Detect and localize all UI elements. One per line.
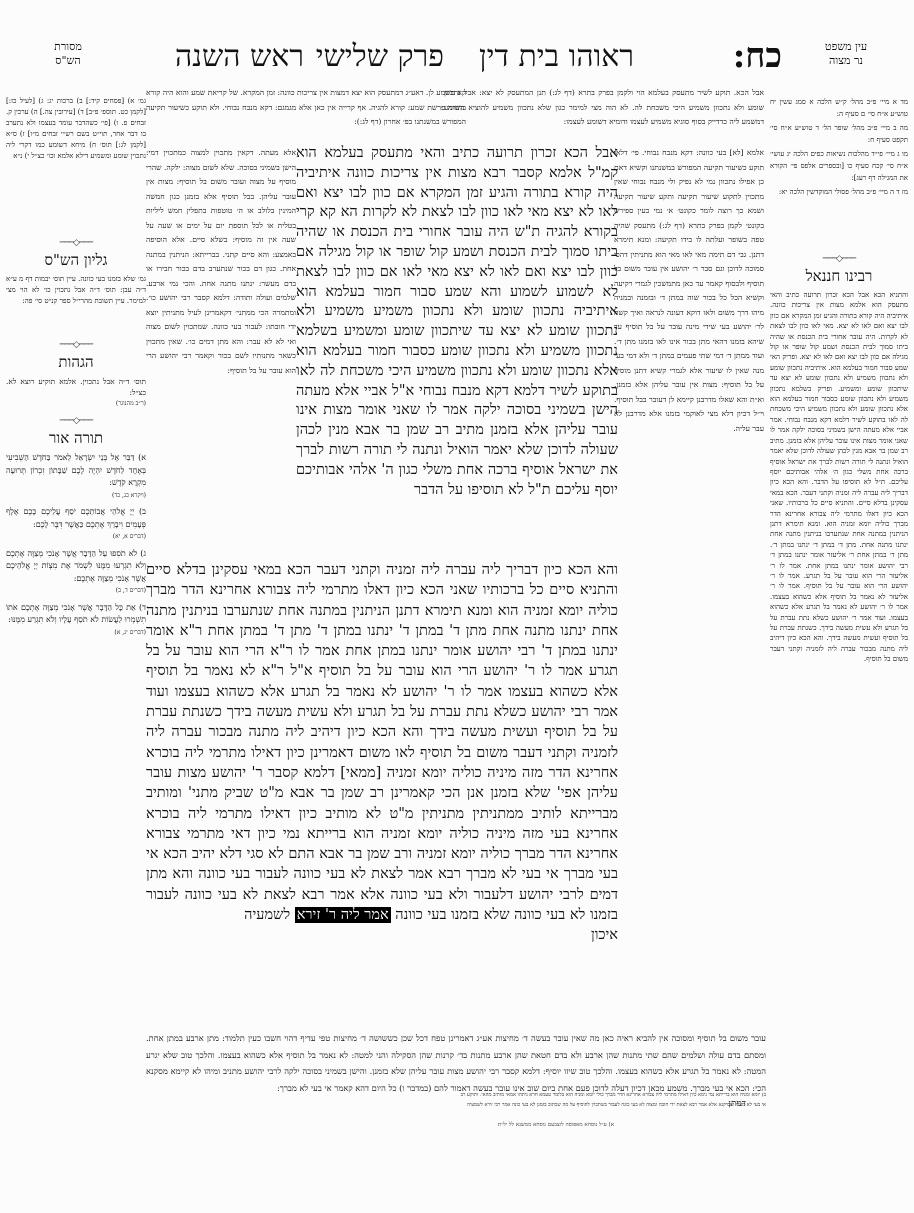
ein-mishpat-entry: מה ב מיי׳ פ״ב מהל׳ שופר הל׳ ד טוש״ע א״ח …: [770, 122, 908, 146]
bottom-commentary-text: עובר משום בל תוסיף ומסוכה אין להביא ראיה…: [146, 1030, 766, 1096]
gemara-continuation: והא הכא כיון דבריך ליה עברה ליה זמניה וק…: [146, 562, 618, 923]
ner-mitzvah-title: נר מצוה: [806, 54, 886, 68]
tosafot-top-text: אבל הכא. תוקע לשיר מתעסק בעלמא הוי ולקמן…: [444, 86, 764, 130]
gilyon-hashas-column: ───◇─── גליון הש"ס גמ׳ שלא בזמנו בעי כוו…: [6, 238, 146, 338]
daf-number: כח:: [733, 36, 782, 76]
masoret-hashas-column: גמ׳ א) [פסחים קיד:] ב) ברכות יג: ג) [לעי…: [6, 96, 146, 236]
verse-text: ג) לֹא תֹסִפוּ עַל הַדָּבָר אֲשֶׁר אָנֹכ…: [6, 549, 146, 583]
hashas-title: הש"ס: [28, 54, 108, 68]
talmud-page: עין משפט נר מצוה כח: ראוהו בית דין פרק ש…: [0, 0, 914, 1213]
rabbeinu-chananel-text: והתניא הכא אבל הכא זכרון תרועה כתיב והאי…: [770, 290, 908, 665]
verse-source: (ויקרא כג, כד): [6, 490, 146, 503]
ornament-divider: ───◇───: [6, 340, 146, 350]
ornament-divider: ───◇───: [6, 238, 146, 248]
chapter-number: פרק שלישי: [316, 38, 444, 76]
verse-text: ד) אֵת כָּל הַדָּבָר אֲשֶׁר אָנֹכִי מְצַ…: [6, 603, 146, 625]
verse-text: א) דַּבֵּר אֶל בְּנֵי יִשְׂרָאֵל לֵאמֹר …: [6, 453, 146, 487]
verse-text: ב) יְיָ אֱלֹהֵי אֲבוֹתֵכֶם יֹסֵף עֲלֵיכֶ…: [6, 507, 146, 529]
tosafot-column-text: אלמא [לא] בעי כוונה: דקא מנבח נבוחי. פי׳…: [614, 146, 764, 436]
ein-mishpat-column: מד א מיי׳ פ״ב מהל׳ ק״ש הלכה א סמג עשין י…: [770, 96, 908, 246]
rabbeinu-chananel-column: ───◇─── רבינו חננאל והתניא הכא אבל הכא ז…: [770, 254, 908, 1134]
gemara-after-highlight: לשמעיה: [244, 907, 290, 923]
chapter-name: ראוהו בית דין: [479, 38, 634, 76]
tosafot-top-block: אבל הכא. תוקע לשיר מתעסק בעלמא הוי ולקמן…: [444, 86, 764, 146]
torah-or-verse: א) דַּבֵּר אֶל בְּנֵי יִשְׂרָאֵל לֵאמֹר …: [6, 452, 146, 502]
ornament-divider: ───◇───: [6, 416, 146, 426]
verse-source: (דברים יג, א): [6, 627, 146, 640]
hagahot-text: תוס׳ ד״ה אבל נתכוין. אלמא תוקיע רוצא לא.…: [6, 376, 146, 398]
gemara-wide-text: והא הכא כיון דבריך ליה עברה ליה זמניה וק…: [146, 560, 618, 1040]
gemara-main-text: אבל הכא זכרון תרועה כתיב והאי מתעסק בעלמ…: [296, 144, 618, 542]
tractate-name: ראש השנה: [175, 38, 304, 76]
rashi-top-block: קא משמע לן. דאע״ג דמתעסק הוא יצא דמצות א…: [146, 86, 466, 146]
verse-source: (דברים ד, ב): [6, 585, 146, 598]
page-header: עין משפט נר מצוה כח: ראוהו בית דין פרק ש…: [0, 36, 914, 80]
footnote-line: אי בעי לא מצלי ואסיקנא אלא אמר רבא לצאת …: [40, 1100, 766, 1110]
masoret-header: מסורת הש"ס: [28, 40, 108, 68]
hagahot-title: הגהות: [6, 352, 146, 372]
gemara-last-word: איכון: [146, 925, 618, 945]
torah-or-title: תורה אור: [6, 428, 146, 448]
footnote-lines: ב) יומא ומניה הוא ברייתא נמי נימא כיון ד…: [40, 1090, 766, 1114]
masoret-title: מסורת: [28, 40, 108, 54]
gilyon-hashas-text: גמ׳ שלא בזמנו בעי כוונה. עיין תוס׳ יבמות…: [6, 274, 146, 307]
hagahot-column: ───◇─── הגהות תוס׳ ד״ה אבל נתכוין. אלמא …: [6, 340, 146, 412]
ornament-divider: ───◇───: [770, 254, 908, 264]
ein-mishpat-title: עין משפט: [806, 40, 886, 54]
verse-source: (דברים א, יא): [6, 531, 146, 544]
torah-or-verse: ג) לֹא תֹסִפוּ עַל הַדָּבָר אֲשֶׁר אָנֹכ…: [6, 548, 146, 598]
gilyon-hashas-title: גליון הש"ס: [6, 250, 146, 270]
tosafot-column: אלמא [לא] בעי כוונה: דקא מנבח נבוחי. פי׳…: [614, 146, 764, 1006]
page-footer: א) ע״ל נוסחא מאפוסה לוצבעם נוסחא ממשנא ל…: [498, 1122, 614, 1128]
ein-mishpat-entry: מז ד ה מיי׳ פ״ב מהל׳ פסולי המוקדשין הלכה…: [770, 186, 908, 198]
ein-mishpat-header: עין משפט נר מצוה: [806, 40, 886, 68]
ein-mishpat-entry: מו ג מיי׳ פי״ד מהלכות נשיאות כפים הלכה י…: [770, 148, 908, 184]
rashi-column-text: אלא מעתה. דקאין מתכוין למצוה כמתכוין דמי…: [146, 146, 296, 378]
torah-or-column: ───◇─── תורה אור א) דַּבֵּר אֶל בְּנֵי י…: [6, 416, 146, 656]
highlighted-phrase[interactable]: אמר ליה ר' זירא: [295, 907, 391, 923]
masoret-hashas-text: גמ׳ א) [פסחים קיד:] ב) ברכות יג: ג) [לעי…: [6, 96, 146, 162]
gemara-opening-text: אבל הכא זכרון תרועה כתיב והאי מתעסק בעלמ…: [296, 145, 618, 498]
rashi-column: אלא מעתה. דקאין מתכוין למצוה כמתכוין דמי…: [146, 146, 296, 544]
ein-mishpat-entry: מד א מיי׳ פ״ב מהל׳ ק״ש הלכה א סמג עשין י…: [770, 96, 908, 120]
torah-or-verse: ב) יְיָ אֱלֹהֵי אֲבוֹתֵכֶם יֹסֵף עֲלֵיכֶ…: [6, 506, 146, 544]
rabbeinu-chananel-title: רבינו חננאל: [770, 266, 908, 286]
footnote-line: ב) יומא ומניה הוא ברייתא נמי נימא כיון ד…: [40, 1090, 766, 1100]
rashi-top-text: קא משמע לן. דאע״ג דמתעסק הוא יצא דמצות א…: [146, 86, 466, 130]
torah-or-verse: ד) אֵת כָּל הַדָּבָר אֲשֶׁר אָנֹכִי מְצַ…: [6, 602, 146, 640]
hagahot-source: (ר״ב מהנוגר): [6, 398, 146, 409]
